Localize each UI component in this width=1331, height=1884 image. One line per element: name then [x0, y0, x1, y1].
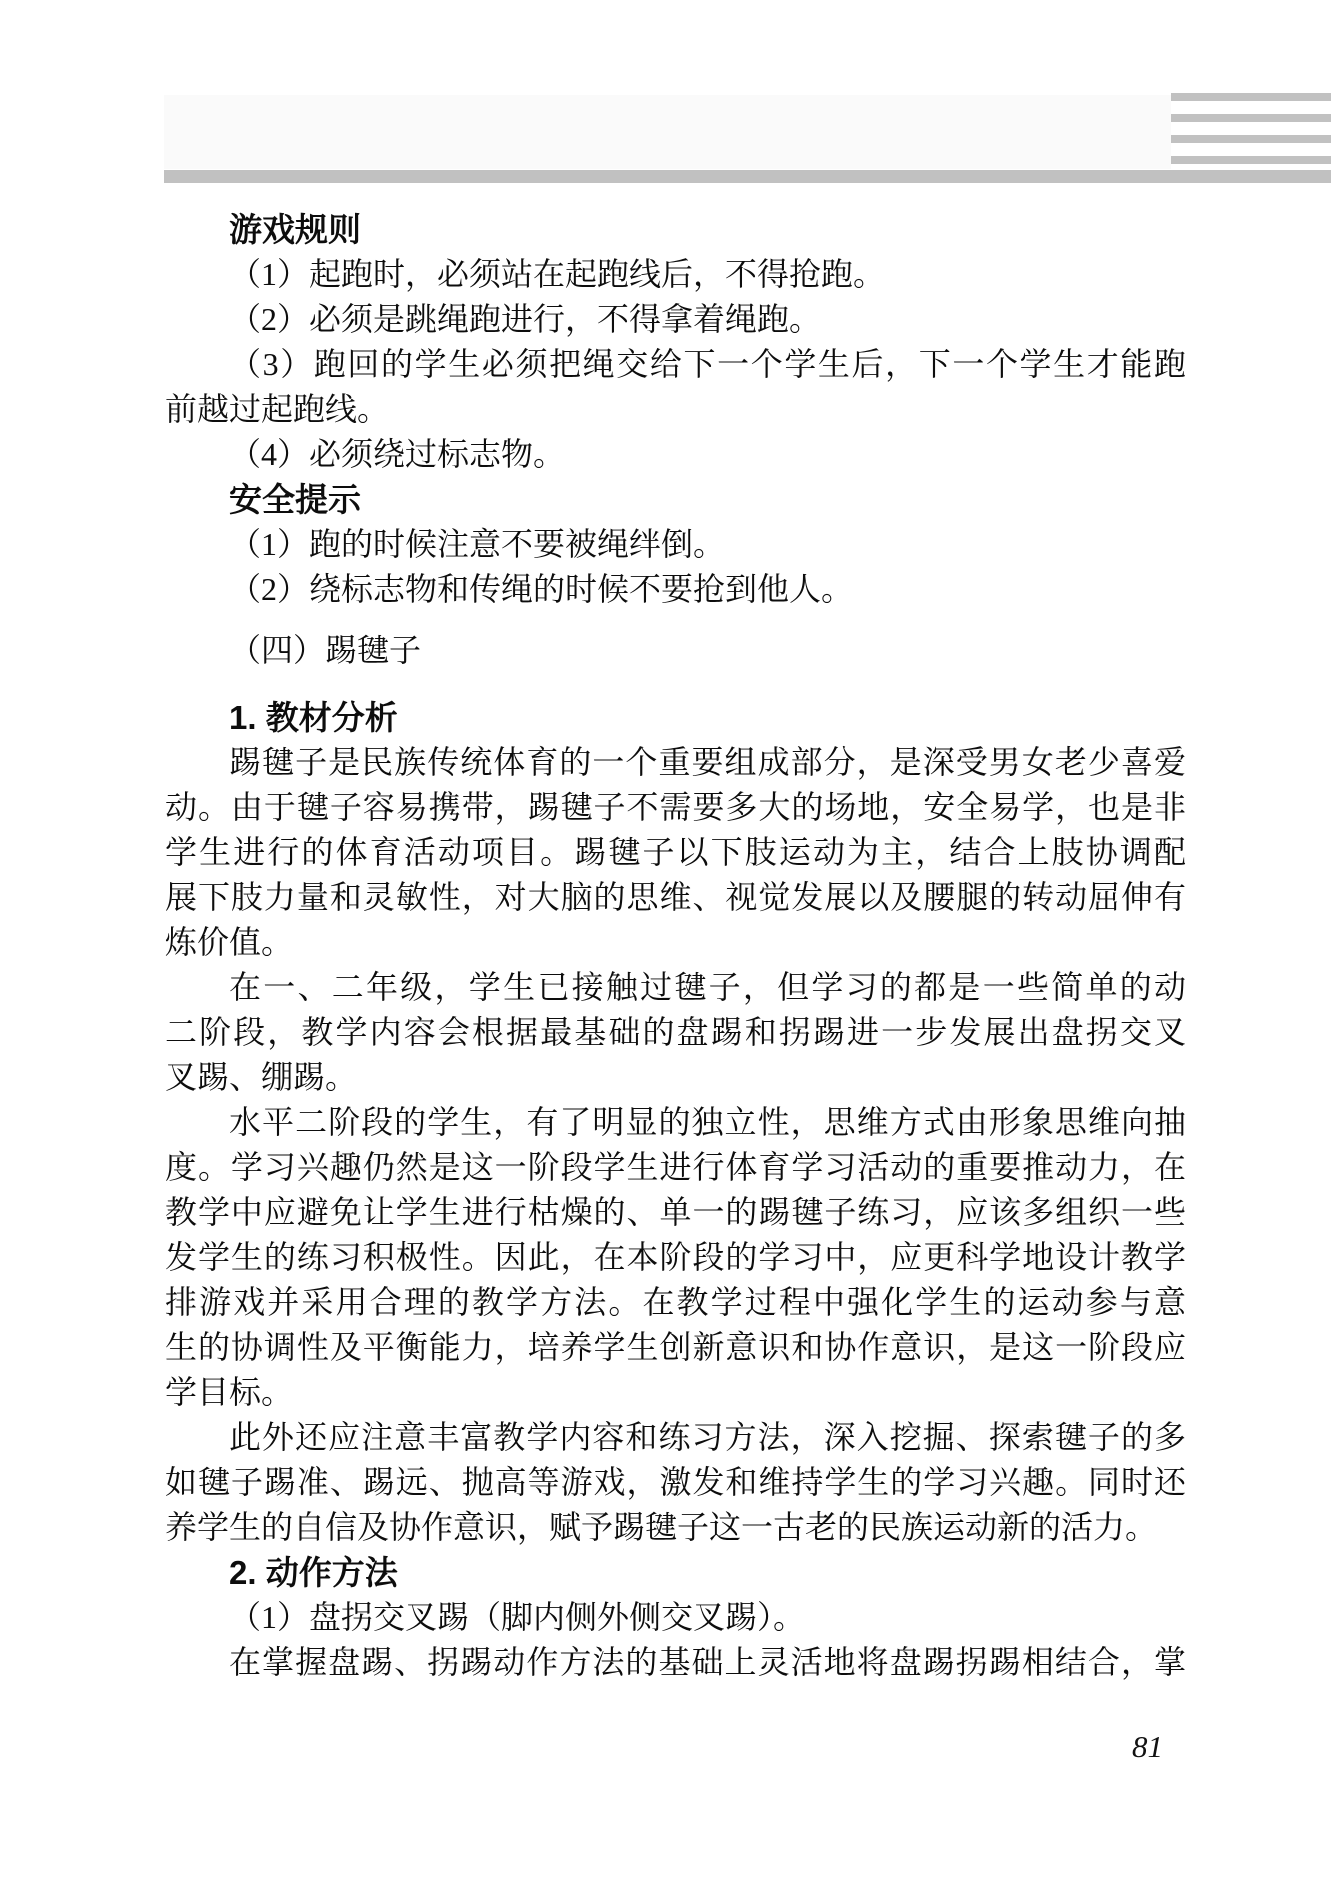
text-line: 前越过起跑线。 — [165, 387, 1186, 432]
text-line: （1）跑的时候注意不要被绳绊倒。 — [165, 522, 1186, 567]
header-accent-bar — [1171, 93, 1331, 101]
text-line: 度。学习兴趣仍然是这一阶段学生进行体育学习活动的重要推动力，在踢毽子的 — [165, 1145, 1186, 1190]
header-rule-bar — [164, 170, 1331, 183]
page-number: 81 — [1132, 1727, 1163, 1767]
text-line: （4）必须绕过标志物。 — [165, 432, 1186, 477]
text-line: 在一、二年级，学生已接触过毽子，但学习的都是一些简单的动作。在水平 — [165, 965, 1186, 1010]
text-line: 学生进行的体育活动项目。踢毽子以下肢运动为主，结合上肢协调配合，能够发 — [165, 830, 1186, 875]
text-line: （1）盘拐交叉踢（脚内侧外侧交叉踢）。 — [165, 1595, 1186, 1640]
text-line: 踢毽子是民族传统体育的一个重要组成部分，是深受男女老少喜爱的体育活 — [165, 740, 1186, 785]
text-line: 如毽子踢准、踢远、抛高等游戏，激发和维持学生的学习兴趣。同时还要注重培 — [165, 1460, 1186, 1505]
text-line: 发学生的练习积极性。因此，在本阶段的学习中，应更科学地设计教学情境，编 — [165, 1235, 1186, 1280]
header-band — [164, 95, 1171, 169]
text-line: （3）跑回的学生必须把绳交给下一个学生后，下一个学生才能跑出，不得提 — [165, 342, 1186, 387]
text-line: 展下肢力量和灵敏性，对大脑的思维、视觉发展以及腰腿的转动屈伸有很高的锻 — [165, 875, 1186, 920]
text-line: 炼价值。 — [165, 920, 1186, 965]
text-line: 此外还应注意丰富教学内容和练习方法，深入挖掘、探索毽子的多种玩法， — [165, 1415, 1186, 1460]
section-heading: 游戏规则 — [165, 207, 1186, 252]
section-heading: 2. 动作方法 — [165, 1550, 1186, 1595]
text-content: 游戏规则（1）起跑时，必须站在起跑线后，不得抢跑。（2）必须是跳绳跑进行，不得拿… — [165, 207, 1186, 1685]
text-line: 养学生的自信及协作意识，赋予踢毽子这一古老的民族运动新的活力。 — [165, 1505, 1186, 1550]
text-line: （1）起跑时，必须站在起跑线后，不得抢跑。 — [165, 252, 1186, 297]
text-line: （2）绕标志物和传绳的时候不要抢到他人。 — [165, 567, 1186, 612]
text-line: 生的协调性及平衡能力，培养学生创新意识和协作意识，是这一阶段应达成的教 — [165, 1325, 1186, 1370]
text-line: 在掌握盘踢、拐踢动作方法的基础上灵活地将盘踢拐踢相结合，掌握身体平 — [165, 1640, 1186, 1685]
header-accent-bar — [1171, 156, 1331, 164]
text-line: （2）必须是跳绳跑进行，不得拿着绳跑。 — [165, 297, 1186, 342]
text-line: 动。由于毽子容易携带，踢毽子不需要多大的场地，安全易学，也是非常适合小 — [165, 785, 1186, 830]
section-heading: 安全提示 — [165, 477, 1186, 522]
document-page: 游戏规则（1）起跑时，必须站在起跑线后，不得抢跑。（2）必须是跳绳跑进行，不得拿… — [0, 0, 1331, 1884]
text-line: 二阶段，教学内容会根据最基础的盘踢和拐踢进一步发展出盘拐交叉踢、盘踢交 — [165, 1010, 1186, 1055]
subsection-title: （四）踢毽子 — [165, 628, 1186, 673]
text-line: 水平二阶段的学生，有了明显的独立性，思维方式由形象思维向抽象思维过 — [165, 1100, 1186, 1145]
text-line: 学目标。 — [165, 1370, 1186, 1415]
text-line: 排游戏并采用合理的教学方法。在教学过程中强化学生的运动参与意识，发展学 — [165, 1280, 1186, 1325]
header-accent-bar — [1171, 114, 1331, 122]
text-line: 教学中应避免让学生进行枯燥的、单一的踢毽子练习，应该多组织一些游戏，激 — [165, 1190, 1186, 1235]
text-line: 叉踢、绷踢。 — [165, 1055, 1186, 1100]
section-heading: 1. 教材分析 — [165, 695, 1186, 740]
header-accent-bar — [1171, 135, 1331, 143]
